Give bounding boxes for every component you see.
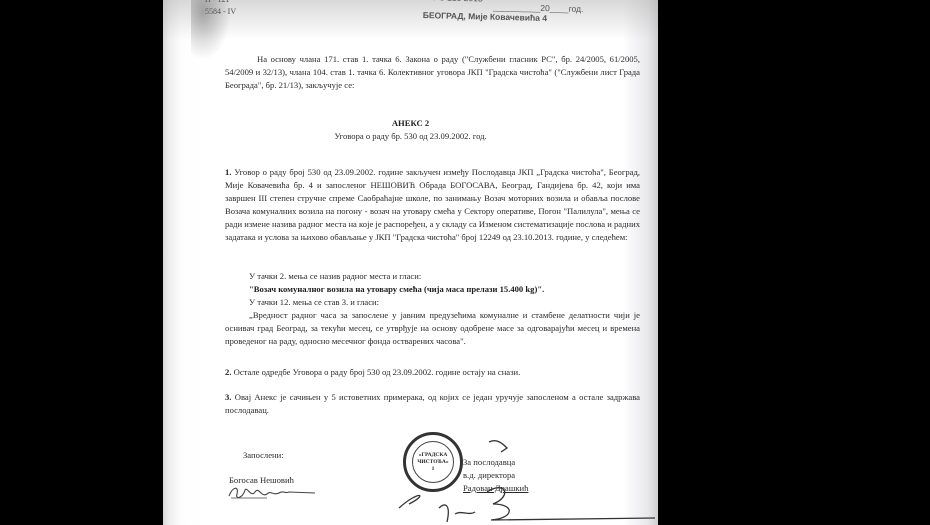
section-3-text: Овај Анекс је сачињен у 5 истоветних при… — [225, 392, 640, 415]
section-3-number: 3. — [225, 392, 231, 402]
point-2-label: У тачки 2. мења се назив радног места и … — [249, 270, 421, 283]
section-1: 1. Уговор о раду број 530 од 23.09.2002.… — [225, 166, 640, 244]
scan-shadow — [163, 0, 658, 40]
section-2: 2. Остале одредбе Уговора о раду број 53… — [225, 366, 640, 379]
reference-line-2: 5584 - IV — [205, 6, 236, 18]
point-2-value: "Возач комуналног возила на утовару смећ… — [249, 283, 544, 296]
employee-signature — [227, 484, 317, 502]
preamble: На основу члана 171. став 1. тачка 6. За… — [225, 53, 640, 92]
section-2-number: 2. — [225, 367, 231, 377]
employee-label: Запослени: — [243, 449, 284, 462]
section-2-text: Остале одредбе Уговора о раду број 530 о… — [234, 367, 521, 377]
section-1-text: Уговор о раду број 530 од 23.09.2002. го… — [225, 167, 640, 242]
section-3: 3. Овај Анекс је сачињен у 5 истоветних … — [225, 391, 640, 417]
document-page: Н - 121 5584 - IV РС 210 2013 __________… — [163, 0, 658, 525]
section-1-number: 1. — [225, 167, 231, 177]
point-12-label: У тачки 12. мења се став 3. и гласи: — [249, 296, 379, 309]
annex-title: АНЕКС 2 — [163, 117, 658, 130]
annex-subtitle: Уговора о раду бр. 530 од 23.09.2002. го… — [163, 130, 658, 143]
document-header-right: РС 210 2013 __________20____год. БЕОГРАД… — [423, 0, 584, 26]
document-reference: Н - 121 5584 - IV — [205, 0, 236, 18]
employer-signature — [389, 438, 658, 525]
point-12-value: „Вредност радног часа за запослене у јав… — [225, 309, 640, 348]
